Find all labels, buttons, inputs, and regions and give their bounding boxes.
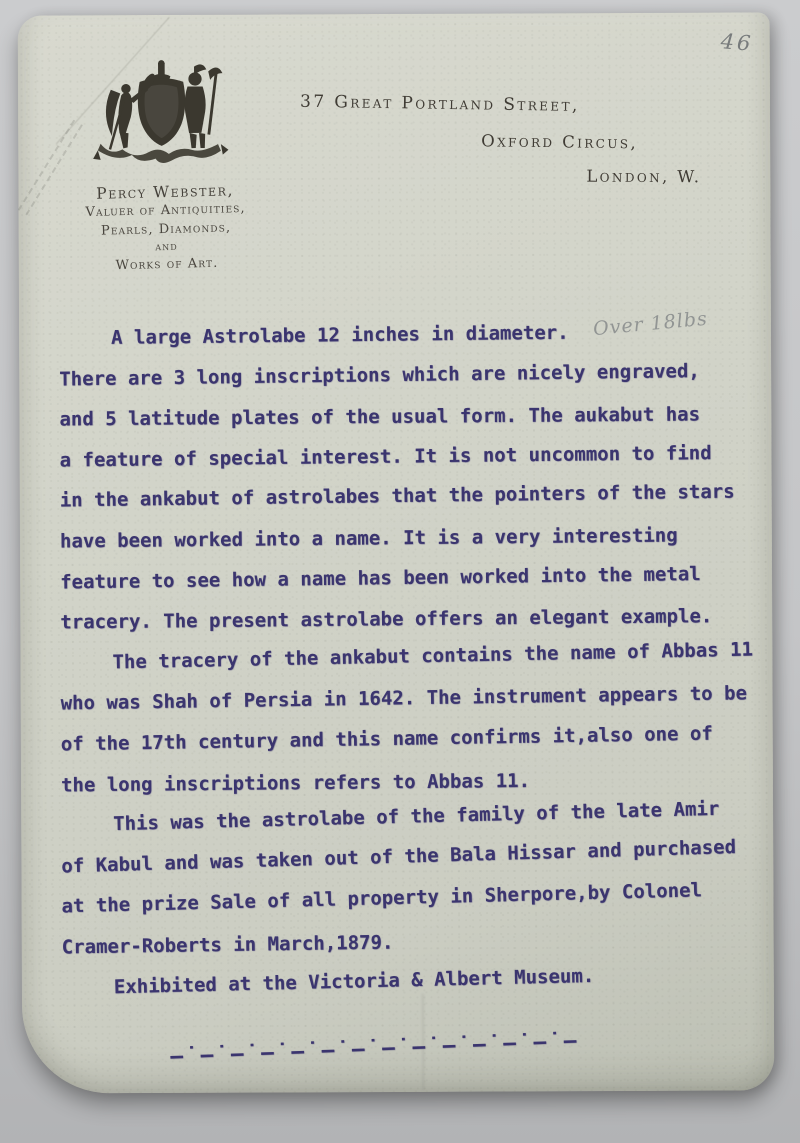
letter-paper: Percy Webster, Valuer of Antiquities, Pe…	[18, 12, 775, 1093]
typed-line: There are 3 long inscriptions which are …	[59, 350, 759, 400]
typed-ornament-line: –˙–˙–˙–˙–˙–˙–˙–˙–˙–˙–˙–˙–˙–	[170, 1028, 580, 1068]
photo-background: Percy Webster, Valuer of Antiquities, Pe…	[0, 0, 800, 1143]
typed-body: A large Astrolabe 12 inches in diameter.…	[59, 315, 762, 1008]
pencil-page-number: 46	[720, 29, 755, 56]
address-line-street: 37 Great Portland Street,	[300, 92, 580, 116]
typed-line: feature to see how a name has been worke…	[60, 553, 760, 603]
address-line-city: London, W.	[586, 167, 701, 187]
address-line-district: Oxford Circus,	[481, 131, 638, 152]
typed-line: in the ankabut of astrolabes that the po…	[60, 472, 760, 522]
